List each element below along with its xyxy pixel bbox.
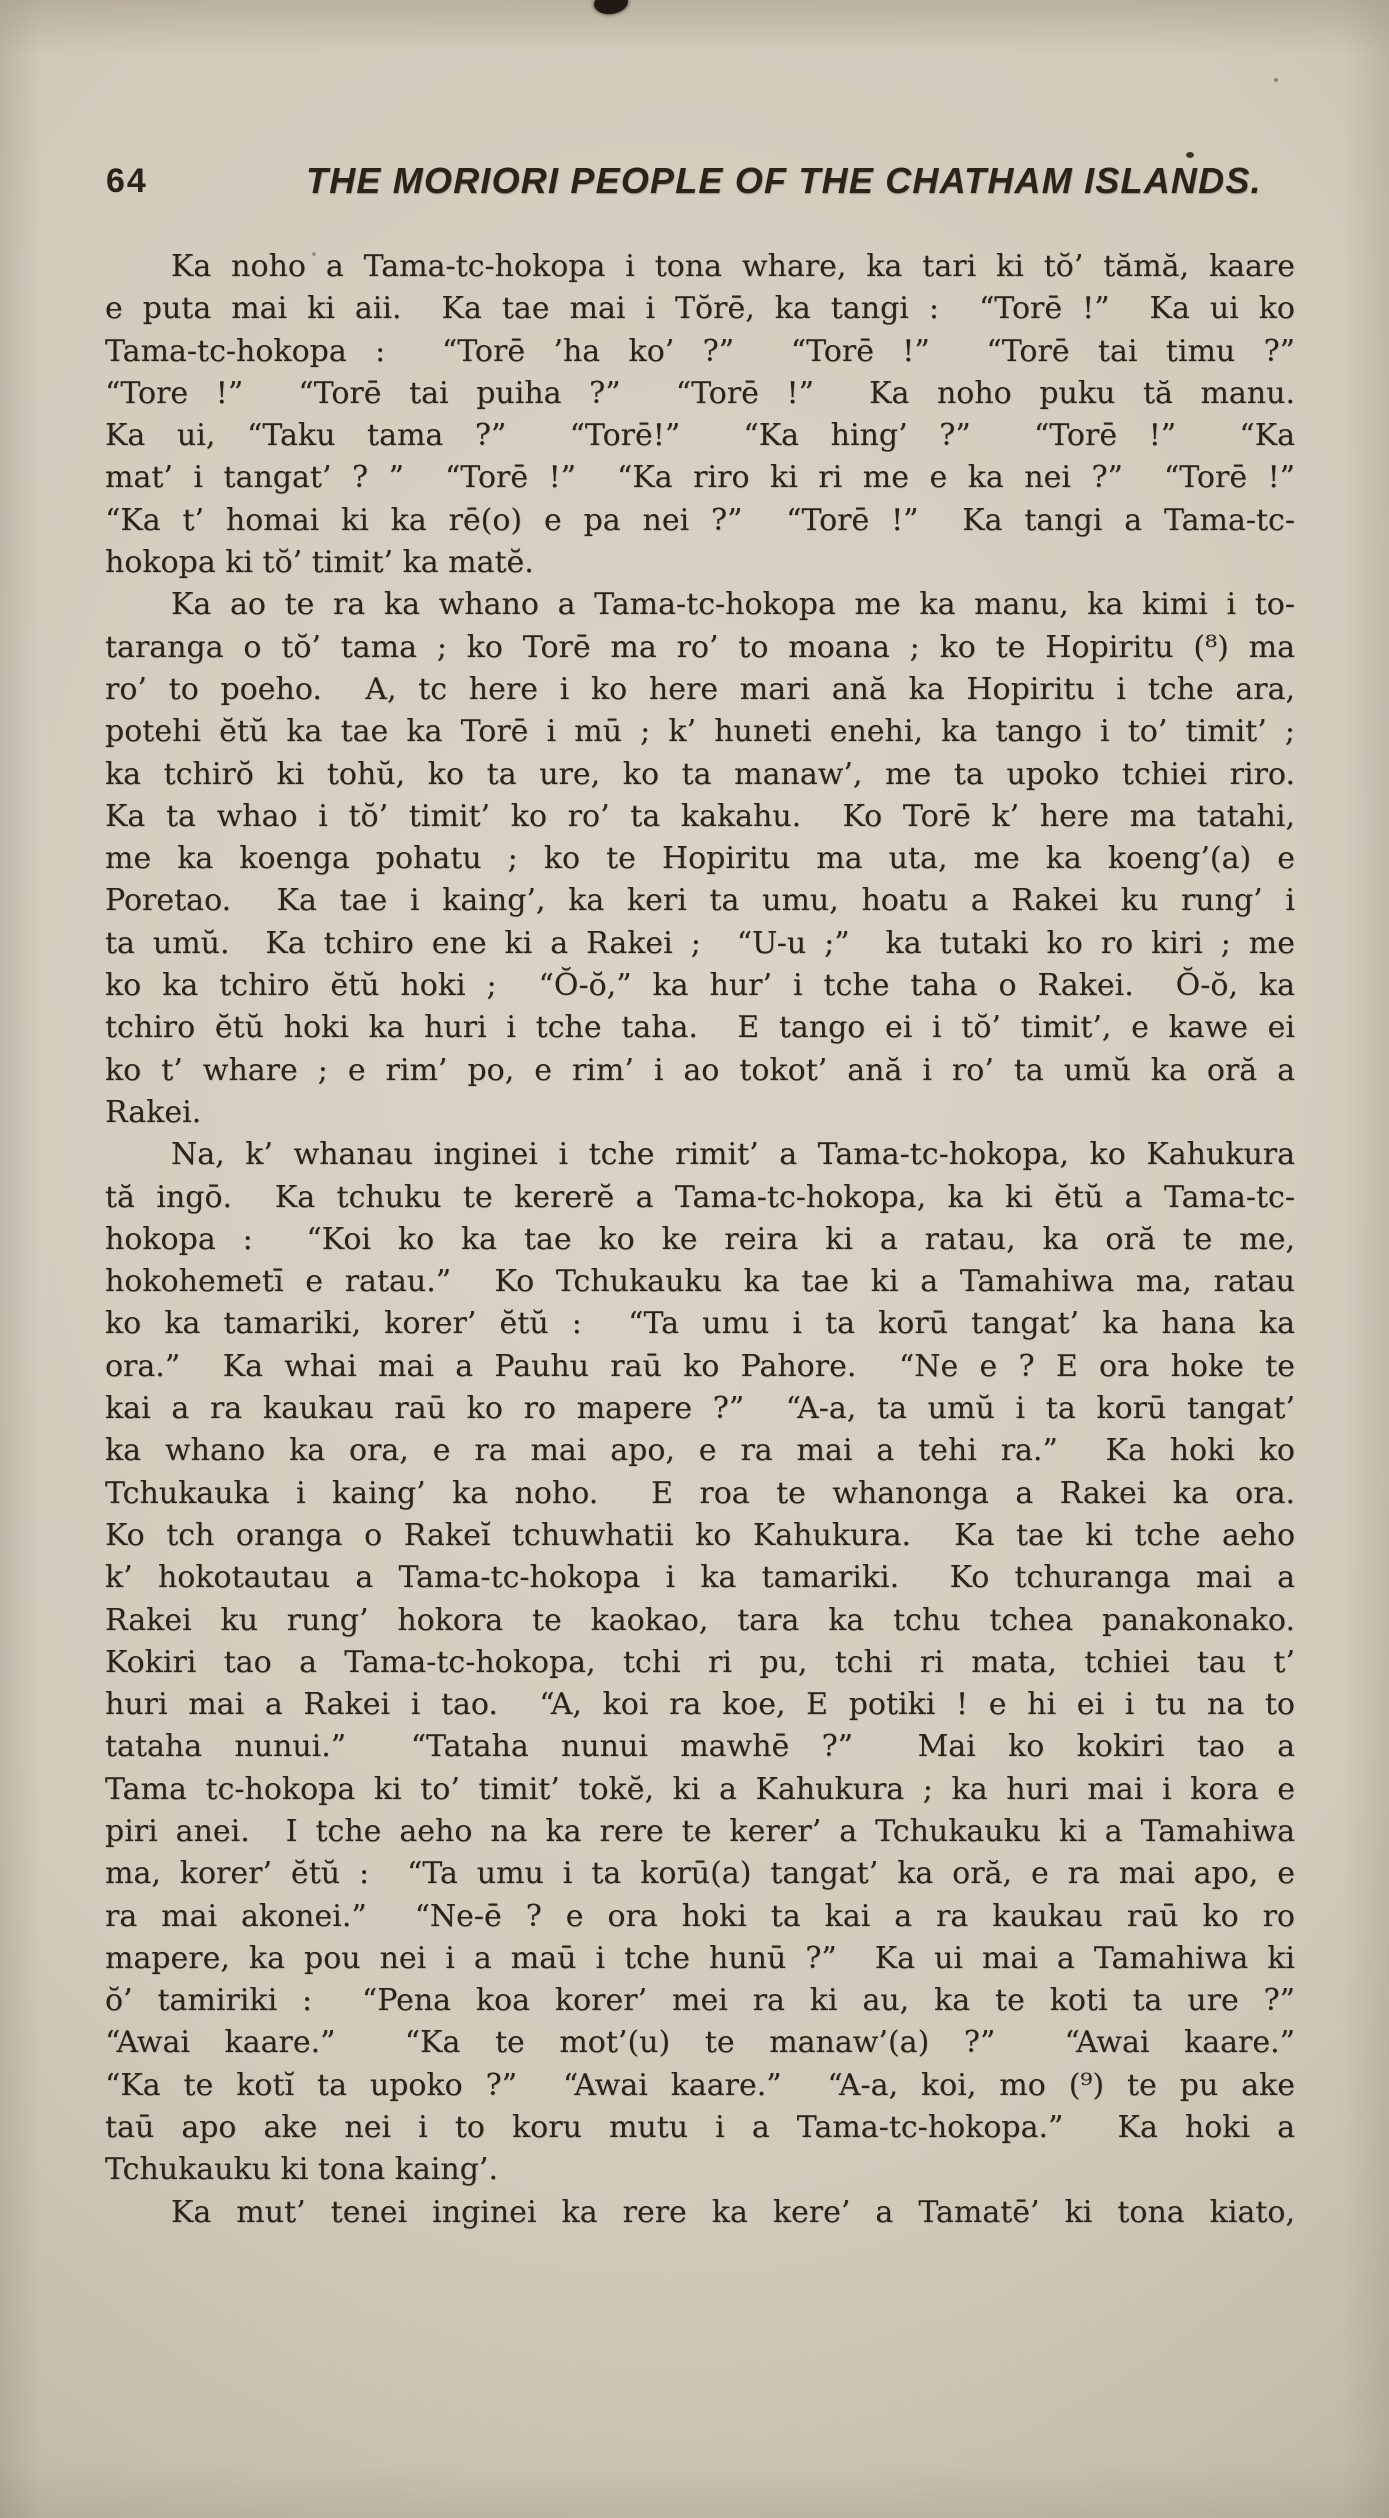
text-line: “Ka te kotĭ ta upoko ?” “Awai kaare.” “A… xyxy=(105,2065,1295,2107)
text-line: Tchukauka i kaing’ ka noho. E roa te wha… xyxy=(105,1473,1295,1515)
text-line: ŏ’ tamiriki : “Pena koa korer’ mei ra ki… xyxy=(105,1980,1295,2022)
text-line: ra mai akonei.” “Ne-ē ? e ora hoki ta ka… xyxy=(105,1896,1295,1938)
page-number: 64 xyxy=(106,156,148,206)
text-line: Ka ta whao i tŏ’ timit’ ko ro’ ta kakahu… xyxy=(105,796,1295,838)
text-line: hokohemetī e ratau.” Ko Tchukauku ka tae… xyxy=(105,1261,1295,1303)
text-line: hokopa ki tŏ’ timit’ ka matĕ. xyxy=(105,542,1295,584)
text-line: “Tore !” “Torē tai puiha ?” “Torē !” Ka … xyxy=(105,373,1295,415)
text-line: ko ka tamariki, korer’ ĕtŭ : “Ta umu i t… xyxy=(105,1303,1295,1345)
text-line: Tchukauku ki tona kaing’. xyxy=(105,2149,1295,2191)
text-line: Tama tc-hokopa ki to’ timit’ tokĕ, ki a … xyxy=(105,1769,1295,1811)
text-line: potehi ĕtŭ ka tae ka Torē i mū ; k’ hune… xyxy=(105,711,1295,753)
text-line: hokopa : “Koi ko ka tae ko ke reira ki a… xyxy=(105,1219,1295,1261)
text-line: Tama-tc-hokopa : “Torē ’ha ko’ ?” “Torē … xyxy=(105,331,1295,373)
text-line: ro’ to poeho. A, tc here i ko here mari … xyxy=(105,669,1295,711)
text-line: Ka mut’ tenei inginei ka rere ka kere’ a… xyxy=(105,2192,1295,2234)
text-line: ta umŭ. Ka tchiro ene ki a Rakei ; “U-u … xyxy=(105,923,1295,965)
text-line: Na, k’ whanau inginei i tche rimit’ a Ta… xyxy=(105,1134,1295,1176)
text-line: Ko tch oranga o Rakeĭ tchuwhatii ko Kahu… xyxy=(105,1515,1295,1557)
text-line: huri mai a Rakei i tao. “A, koi ra koe, … xyxy=(105,1684,1295,1726)
text-line: Ka ao te ra ka whano a Tama-tc-hokopa me… xyxy=(105,584,1295,626)
text-line: e puta mai ki aii. Ka tae mai i Tŏrē, ka… xyxy=(105,288,1295,330)
text-line: Poretao. Ka tae i kaing’, ka keri ta umu… xyxy=(105,880,1295,922)
text-line: k’ hokotautau a Tama-tc-hokopa i ka tama… xyxy=(105,1557,1295,1599)
text-line: ma, korer’ ĕtŭ : “Ta umu i ta korū(a) ta… xyxy=(105,1853,1295,1895)
text-line: ka tchirŏ ki tohŭ, ko ta ure, ko ta mana… xyxy=(105,754,1295,796)
text-line: Rakei. xyxy=(105,1092,1295,1134)
text-line: ko t’ whare ; e rim’ po, e rim’ i ao tok… xyxy=(105,1050,1295,1092)
running-title: THE MORIORI PEOPLE OF THE CHATHAM ISLAND… xyxy=(306,156,1262,206)
text-line: “Ka t’ homai ki ka rē(o) e pa nei ?” “To… xyxy=(105,500,1295,542)
page-body: Ka noho a Tama-tc-hokopa i tona whare, k… xyxy=(105,246,1295,2234)
running-header: 64 THE MORIORI PEOPLE OF THE CHATHAM ISL… xyxy=(0,156,1389,206)
text-line: tataha nunui.” “Tataha nunui mawhē ?” Ma… xyxy=(105,1726,1295,1768)
text-line: tă ingō. Ka tchuku te kererĕ a Tama-tc-h… xyxy=(105,1177,1295,1219)
text-line: Rakei ku rung’ hokora te kaokao, tara ka… xyxy=(105,1600,1295,1642)
text-line: Ka noho a Tama-tc-hokopa i tona whare, k… xyxy=(105,246,1295,288)
text-line: Ka ui, “Taku tama ?” “Torē!” “Ka hing’ ?… xyxy=(105,415,1295,457)
text-line: Kokiri tao a Tama-tc-hokopa, tchi ri pu,… xyxy=(105,1642,1295,1684)
text-line: tchiro ĕtŭ hoki ka huri i tche taha. E t… xyxy=(105,1007,1295,1049)
ink-speck-icon xyxy=(1274,78,1278,82)
text-line: piri anei. I tche aeho na ka rere te ker… xyxy=(105,1811,1295,1853)
text-line: ora.” Ka whai mai a Pauhu raū ko Pahore.… xyxy=(105,1346,1295,1388)
text-line: ka whano ka ora, e ra mai apo, e ra mai … xyxy=(105,1430,1295,1472)
text-line: “Awai kaare.” “Ka te mot’(u) te manaw’(a… xyxy=(105,2022,1295,2064)
text-line: taū apo ake nei i to koru mutu i a Tama-… xyxy=(105,2107,1295,2149)
ink-blot-icon xyxy=(593,0,630,16)
text-line: taranga o tŏ’ tama ; ko Torē ma ro’ to m… xyxy=(105,627,1295,669)
text-line: kai a ra kaukau raū ko ro mapere ?” “A-a… xyxy=(105,1388,1295,1430)
text-line: mapere, ka pou nei i a maū i tche hunū ?… xyxy=(105,1938,1295,1980)
text-line: me ka koenga pohatu ; ko te Hopiritu ma … xyxy=(105,838,1295,880)
text-line: ko ka tchiro ĕtŭ hoki ; “Ŏ-ŏ,” ka hur’ i… xyxy=(105,965,1295,1007)
book-page: 64 THE MORIORI PEOPLE OF THE CHATHAM ISL… xyxy=(0,0,1389,2518)
text-line: mat’ i tangat’ ? ” “Torē !” “Ka riro ki … xyxy=(105,457,1295,499)
